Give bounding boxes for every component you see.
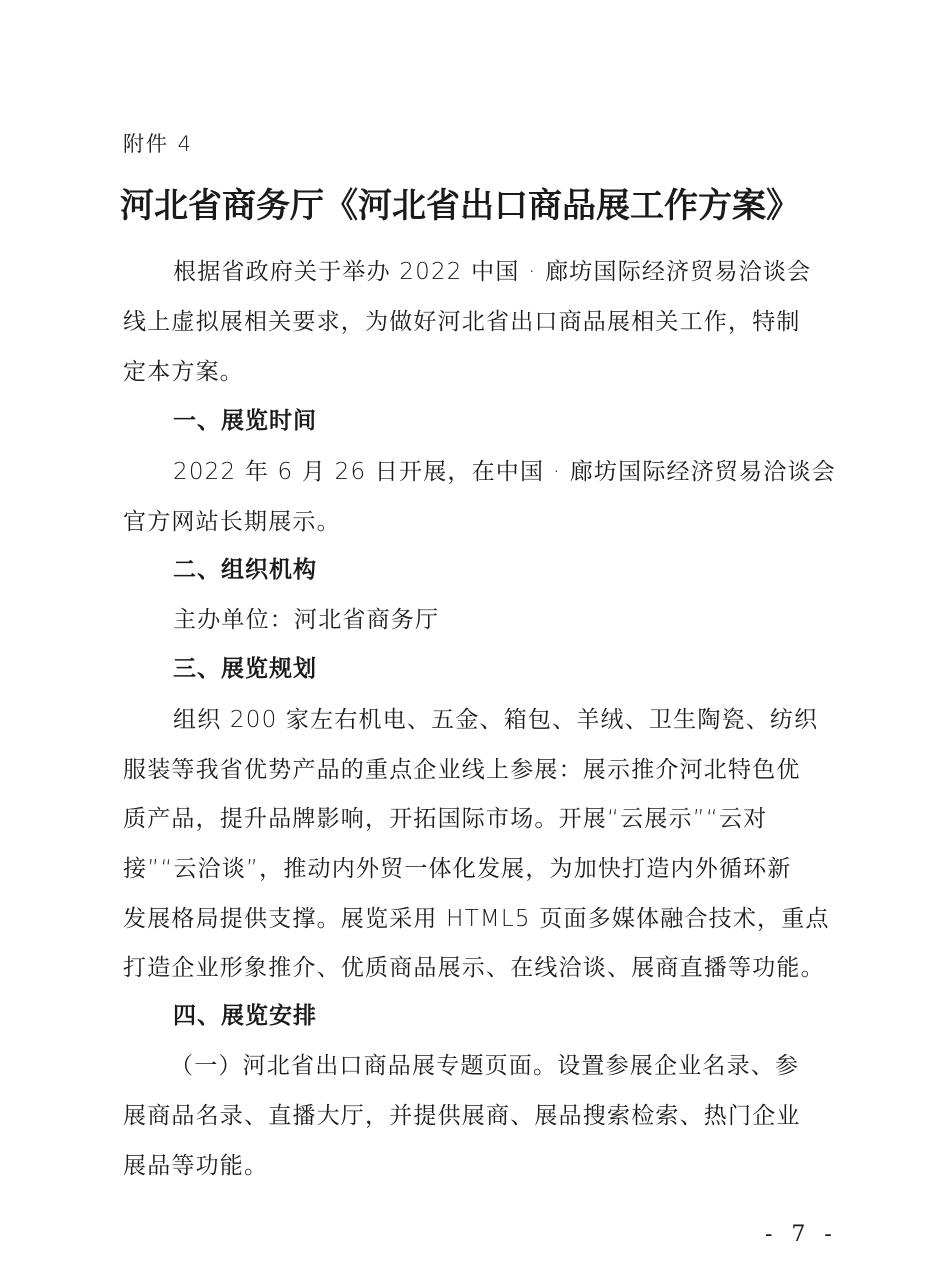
- intro-line: 根据省政府关于举办 2022 中国 · 廊坊国际经济贸易洽谈会: [173, 253, 873, 286]
- paragraph-line: 2022 年 6 月 26 日开展，在中国 · 廊坊国际经济贸易洽谈会: [173, 453, 873, 486]
- section-heading-organization: 二、组织机构: [173, 551, 317, 584]
- intro-line: 定本方案。: [123, 353, 823, 386]
- paragraph-line: 接”“云洽谈”，推动内外贸一体化发展，为加快打造内外循环新: [123, 850, 823, 883]
- paragraph-line: （一）河北省出口商品展专题页面。设置参展企业名录、参: [170, 1047, 870, 1080]
- paragraph-line: 发展格局提供支撑。展览采用 HTML5 页面多媒体融合技术，重点: [123, 900, 823, 933]
- paragraph-line: 打造企业形象推介、优质商品展示、在线洽谈、展商直播等功能。: [123, 949, 823, 982]
- paragraph-line: 服装等我省优势产品的重点企业线上参展：展示推介河北特色优: [123, 751, 823, 784]
- section-heading-exhibition-time: 一、展览时间: [173, 402, 317, 435]
- paragraph-line: 展品等功能。: [123, 1147, 823, 1180]
- document-page: 附件 4 河北省商务厅《河北省出口商品展工作方案》 根据省政府关于举办 2022…: [0, 0, 945, 1261]
- attachment-label: 附件 4: [123, 128, 193, 158]
- page-number: - 7 -: [765, 1222, 838, 1247]
- paragraph-line: 主办单位：河北省商务厅: [173, 601, 873, 634]
- paragraph-line: 质产品，提升品牌影响，开拓国际市场。开展“云展示”“云对: [123, 800, 823, 833]
- paragraph-line: 展商品名录、直播大厅，并提供展商、展品搜索检索、热门企业: [123, 1097, 823, 1130]
- section-heading-exhibition-arrangement: 四、展览安排: [173, 997, 317, 1030]
- intro-line: 线上虚拟展相关要求，为做好河北省出口商品展相关工作，特制: [123, 303, 823, 336]
- paragraph-line: 组织 200 家左右机电、五金、箱包、羊绒、卫生陶瓷、纺织: [173, 701, 873, 734]
- section-heading-exhibition-plan: 三、展览规划: [173, 650, 317, 683]
- document-title: 河北省商务厅《河北省出口商品展工作方案》: [120, 178, 800, 227]
- paragraph-line: 官方网站长期展示。: [123, 503, 823, 536]
